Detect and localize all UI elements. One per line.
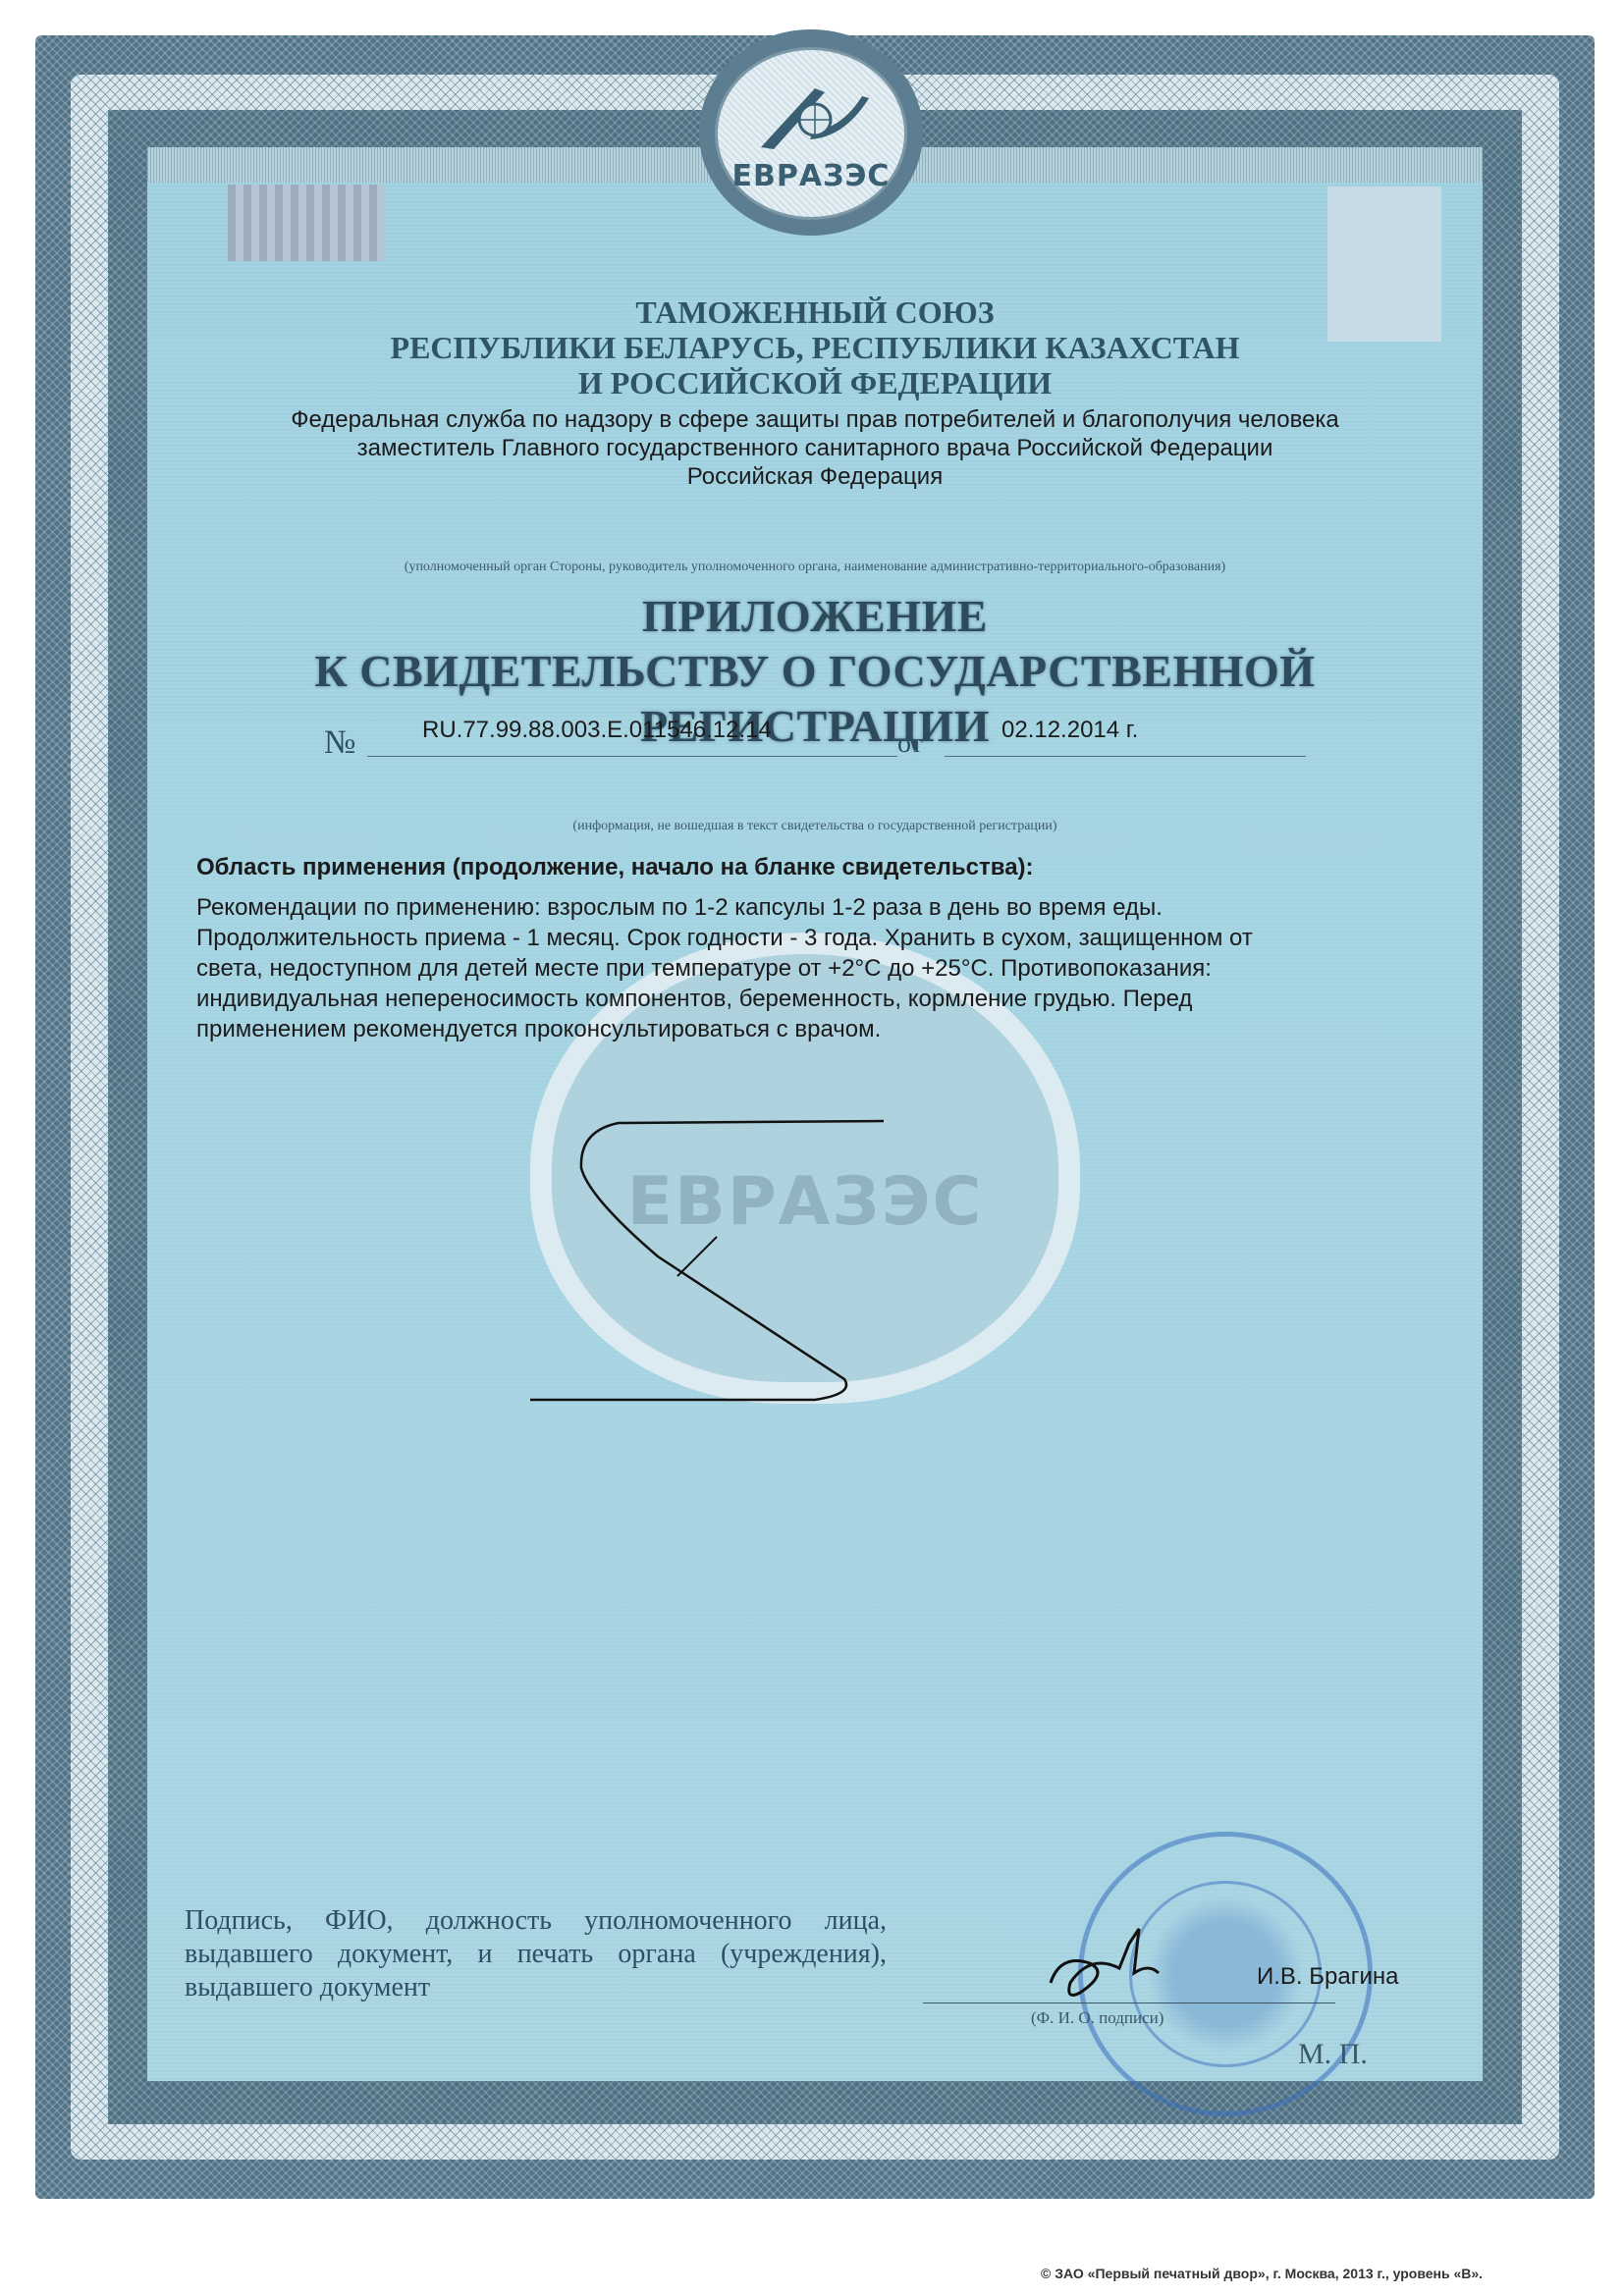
signoff-text: Подпись, ФИО, должность уполномоченного … bbox=[185, 1904, 887, 2004]
scope-line: индивидуальная непереносимость компонент… bbox=[196, 984, 1453, 1014]
emblem-label: ЕВРАЗЭС bbox=[699, 159, 923, 193]
document-title: ПРИЛОЖЕНИЕ bbox=[147, 589, 1483, 644]
from-label: от bbox=[897, 728, 923, 760]
registration-row: № RU.77.99.88.003.E.011546.12.14 от 02.1… bbox=[324, 717, 1306, 761]
union-title-line-3: И РОССИЙСКОЙ ФЕДЕРАЦИИ bbox=[147, 365, 1483, 400]
cancellation-scribble bbox=[511, 1109, 962, 1414]
scope-section: Область применения (продолжение, начало … bbox=[196, 852, 1453, 1044]
authority-line-3: Российская Федерация bbox=[147, 463, 1483, 491]
signature-caption: (Ф. И. О. подписи) bbox=[1031, 2008, 1163, 2028]
registration-caption: (информация, не вошедшая в текст свидете… bbox=[147, 819, 1483, 834]
authority-caption: (уполномоченный орган Стороны, руководит… bbox=[147, 560, 1483, 575]
union-title-line-2: РЕСПУБЛИКИ БЕЛАРУСЬ, РЕСПУБЛИКИ КАЗАХСТА… bbox=[147, 330, 1483, 365]
scope-heading: Область применения (продолжение, начало … bbox=[196, 852, 1453, 882]
registration-date: 02.12.2014 г. bbox=[1001, 717, 1138, 744]
union-title-line-1: ТАМОЖЕННЫЙ СОЮЗ bbox=[147, 294, 1483, 330]
registration-number: RU.77.99.88.003.E.011546.12.14 bbox=[422, 717, 772, 744]
date-underline bbox=[945, 756, 1306, 757]
signer-name: И.В. Брагина bbox=[1257, 1963, 1398, 1991]
number-underline bbox=[367, 756, 897, 757]
number-symbol: № bbox=[324, 724, 355, 762]
signature-line bbox=[923, 2002, 1335, 2003]
scope-line: Продолжительность приема - 1 месяц. Срок… bbox=[196, 923, 1453, 953]
eurasec-emblem-icon bbox=[756, 79, 874, 157]
scope-line: света, недоступном для детей месте при т… bbox=[196, 953, 1453, 984]
hologram-left bbox=[228, 185, 385, 261]
printer-imprint: © ЗАО «Первый печатный двор», г. Москва,… bbox=[1041, 2266, 1483, 2281]
handwritten-signature bbox=[1041, 1924, 1188, 2012]
authority-line-2: заместитель Главного государственного са… bbox=[147, 435, 1483, 462]
seal-label: М. П. bbox=[1298, 2038, 1368, 2071]
scope-line: применением рекомендуется проконсультиро… bbox=[196, 1014, 1453, 1044]
scope-line: Рекомендации по применению: взрослым по … bbox=[196, 892, 1453, 923]
authority-line-1: Федеральная служба по надзору в сфере за… bbox=[147, 406, 1483, 434]
